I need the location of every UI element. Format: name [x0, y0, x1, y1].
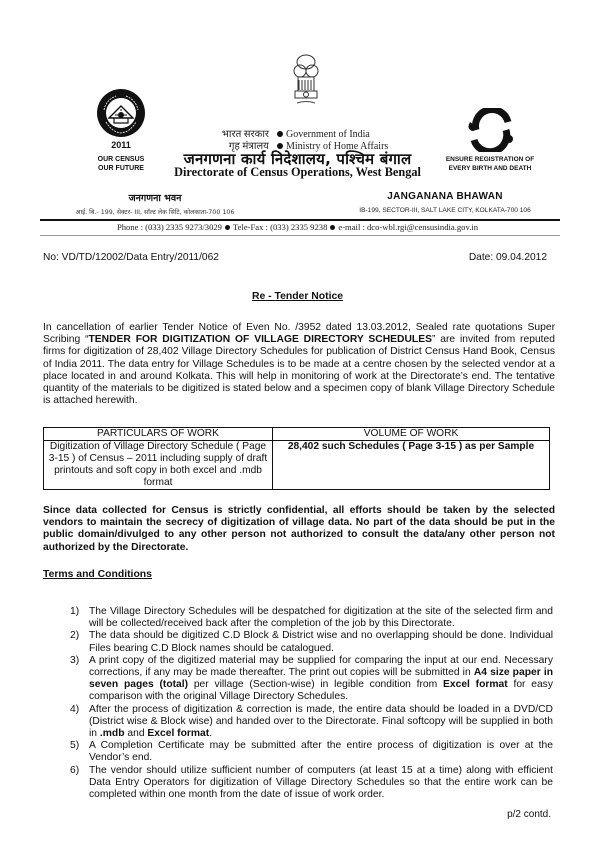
list-item: 5)A Completion Certificate may be submit… [70, 740, 553, 764]
phone: Phone : (033) 2335 9273/3029 [117, 222, 222, 232]
table-header: VOLUME OF WORK [273, 428, 550, 441]
table-row: Digitization of Village Directory Schedu… [44, 441, 550, 490]
census-of-india-seal-icon [96, 88, 146, 138]
census-tagline: OUR CENSUS OUR FUTURE [82, 155, 160, 173]
telefax: Tele-Fax : (033) 2335 9238 [233, 222, 327, 232]
header-divider [40, 219, 560, 221]
list-item: 6)The vendor should utilize sufficient n… [70, 765, 553, 802]
contact-line: Phone : (033) 2335 9273/3029Tele-Fax : (… [0, 222, 595, 232]
table-header: PARTICULARS OF WORK [44, 428, 273, 441]
contact-divider [40, 235, 560, 236]
list-item: 1)The Village Directory Schedules will b… [70, 606, 553, 630]
address-hindi: आई. बि.- 199, सेक्टर- III, सॉल्ट लेक सिट… [50, 207, 260, 216]
continued-note: p/2 contd. [507, 809, 551, 820]
address-english: IB-199, SECTOR-III, SALT LAKE CITY, KOLK… [335, 207, 555, 214]
list-item: 4)After the process of digitization & co… [70, 704, 553, 741]
list-item: 3)A print copy of the digitized material… [70, 655, 553, 704]
bhawan-name-english: JANGANANA BHAWAN [335, 191, 555, 202]
email-link[interactable]: e-mail : dco-wbl.rgi@censusindia.gov.in [338, 222, 478, 232]
list-item: 2)The data should be digitized C.D Block… [70, 630, 553, 654]
bhawan-name-hindi: जनगणना भवन [50, 191, 260, 204]
reference-date: Date: 09.04.2012 [469, 252, 547, 263]
intro-paragraph: In cancellation of earlier Tender Notice… [43, 322, 555, 407]
reference-number: No: VD/TD/12002/Data Entry/2011/062 [43, 252, 219, 263]
table-cell: Digitization of Village Directory Schedu… [44, 441, 273, 490]
birth-death-registration-icon [462, 108, 518, 152]
work-table: PARTICULARS OF WORK VOLUME OF WORK Digit… [43, 427, 550, 490]
page-title: Re - Tender Notice [0, 291, 595, 302]
terms-heading: Terms and Conditions [43, 569, 152, 580]
registration-tagline: ENSURE REGISTRATION OF EVERY BIRTH AND D… [430, 156, 550, 173]
table-header-row: PARTICULARS OF WORK VOLUME OF WORK [44, 428, 550, 441]
table-cell: 28,402 such Schedules ( Page 3-15 ) as p… [273, 441, 550, 490]
national-emblem-icon [289, 52, 323, 110]
census-year: 2011 [96, 140, 146, 150]
terms-list: 1)The Village Directory Schedules will b… [70, 606, 553, 801]
confidentiality-paragraph: Since data collected for Census is stric… [43, 505, 555, 554]
